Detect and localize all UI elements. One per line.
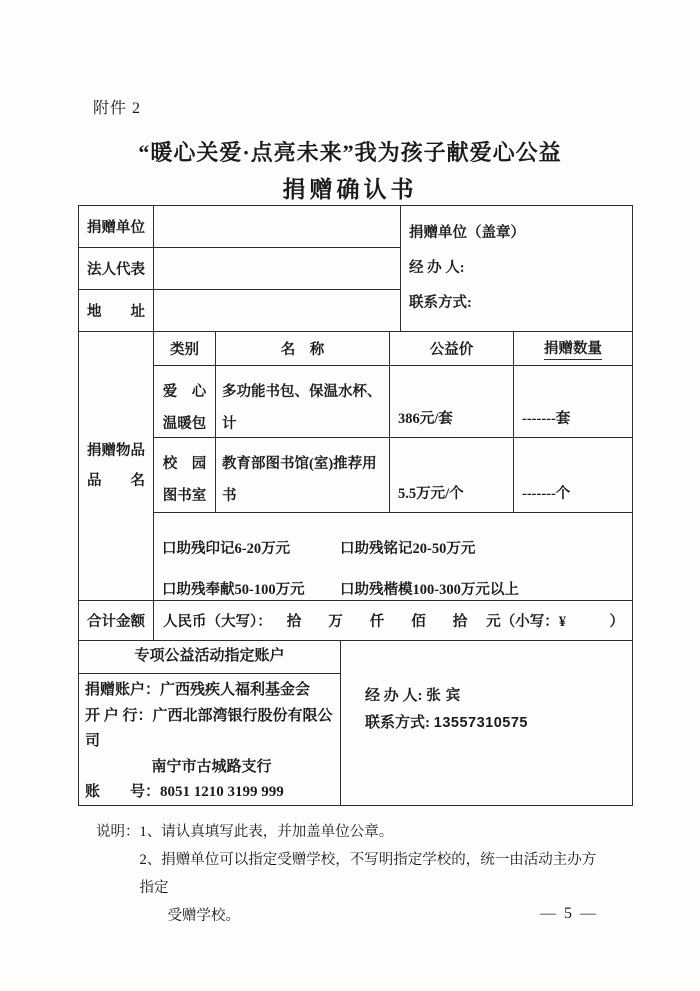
attachment-label: 附件 2 (93, 95, 141, 118)
item-name: 多功能书包、保温水杯、计 数跳绳、医用急救包 (216, 366, 390, 438)
donor-unit-label: 捐赠单位 (79, 206, 154, 248)
item-category: 校 园 图书室 (154, 438, 216, 513)
total-amount-row: 人民币（大写）： 拾 万 仟 佰 拾 元（小写：¥ ） (154, 601, 633, 641)
stamp-line: 捐赠单位（盖章） (409, 216, 632, 251)
total-amount-label: 合计金额 (79, 601, 154, 641)
pledge-option: 口助残铭记20-50万元 (340, 537, 632, 558)
stamp-cell: 捐赠单位（盖章） 经 办 人: 联系方式: (401, 206, 633, 332)
note-item-2: 2、捐赠单位可以指定受赠学校，不写明指定学校的，统一由活动主办方指定 受赠学校。 (140, 846, 610, 930)
scanned-donation-form-page: 附件 2 “暖心关爱·点亮未来”我为孩子献爱心公益 捐赠确认书 捐赠单位 捐赠单… (0, 0, 700, 991)
bank-line: 开 户 行：广西北部湾银行股份有限公司 (85, 704, 338, 755)
designated-account-section: 专项公益活动指定账户 捐赠账户：广西残疾人福利基金会 开 户 行：广西北部湾银行… (79, 641, 633, 806)
account-header: 专项公益活动指定账户 (79, 641, 340, 674)
item-price: 386元/套 (390, 366, 514, 438)
pledge-option: 口助残楷模100-300万元以上 (340, 578, 632, 599)
col-header-category: 类别 (154, 332, 216, 366)
document-title-line1: “暖心关爱·点亮未来”我为孩子献爱心公益 (0, 136, 700, 167)
pledge-option: 口助残奉献50-100万元 (162, 578, 340, 599)
col-header-name: 名 称 (216, 332, 390, 366)
currency-numeric-label: 元（小写：¥ (486, 610, 566, 631)
pledge-option: 口助残印记6-20万元 (162, 537, 340, 558)
total-amount-section: 合计金额 人民币（大写）： 拾 万 仟 佰 拾 元（小写：¥ ） (79, 601, 633, 641)
donation-form-table: 捐赠单位 捐赠单位（盖章） 经 办 人: 联系方式: 法人代表 地 址 捐赠物品… (78, 205, 633, 806)
donor-unit-field (154, 206, 401, 248)
donated-items-section: 捐赠物品 品 名 类别 名 称 公益价 捐赠数量 爱 心 温暖包 多功能书包、保… (79, 332, 633, 601)
item-category: 爱 心 温暖包 (154, 366, 216, 438)
document-title-line2: 捐赠确认书 (0, 171, 700, 204)
page-number: — 5 — (540, 905, 598, 923)
item-name: 教育部图书馆(室)推荐用书 选编配备标准2000-2500册 (216, 438, 390, 513)
contact-number-line: 联系方式: 13557310575 (365, 710, 632, 737)
pledge-tier-options: 口助残印记6-20万元 口助残铭记20-50万元 口助残奉献50-100万元 口… (154, 513, 633, 601)
contact-line: 联系方式: (409, 286, 632, 321)
item-quantity-field: -------套 (514, 366, 633, 438)
col-header-price: 公益价 (390, 332, 514, 366)
items-row-header: 捐赠物品 品 名 (79, 332, 154, 601)
address-label: 地 址 (79, 290, 154, 332)
col-header-quantity: 捐赠数量 (514, 332, 633, 366)
account-number-line: 账 号：8051 1210 3199 999 (85, 780, 338, 806)
item-price: 5.5万元/个 (390, 438, 514, 513)
remark-line: 备 注：“暖心关爱·点亮未来”项目捐款 (85, 806, 338, 807)
donor-info-section: 捐赠单位 捐赠单位（盖章） 经 办 人: 联系方式: 法人代表 地 址 (79, 206, 633, 332)
account-details: 专项公益活动指定账户 捐赠账户：广西残疾人福利基金会 开 户 行：广西北部湾银行… (79, 641, 341, 806)
legal-rep-label: 法人代表 (79, 248, 154, 290)
account-name-line: 捐赠账户：广西残疾人福利基金会 (85, 678, 338, 704)
handler-line: 经 办 人: (409, 251, 632, 286)
item-quantity-field: -------个 (514, 438, 633, 513)
notes-heading: 说明： (96, 818, 140, 846)
handler-contact-cell: 经 办 人: 张 宾 联系方式: 13557310575 (341, 641, 633, 806)
legal-rep-field (154, 248, 401, 290)
bank-branch-line: 南宁市古城路支行 (85, 755, 338, 781)
address-field (154, 290, 401, 332)
currency-words-label: 人民币（大写）： (163, 610, 272, 631)
handler-name-line: 经 办 人: 张 宾 (365, 683, 632, 710)
